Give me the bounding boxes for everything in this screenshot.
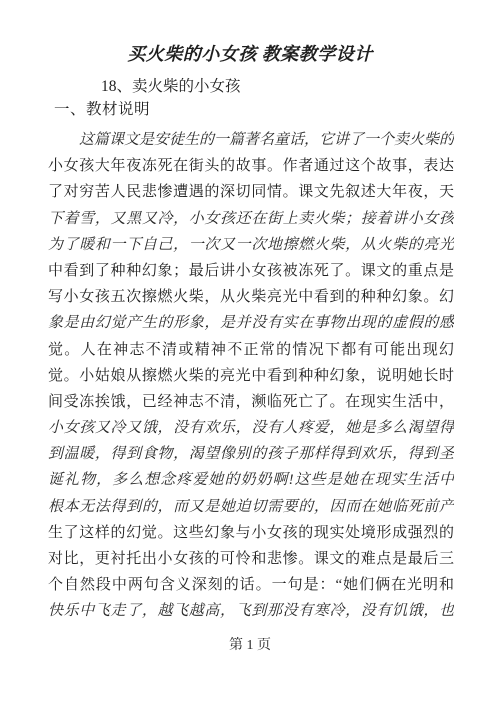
body-line: 写小女孩五次擦燃火柴，从火柴亮光中看到的种种幻象。幻 <box>48 284 454 310</box>
page-number: 第 1 页 <box>0 637 500 655</box>
document-page: 买火柴的小女孩 教案教学设计 18、卖火柴的小女孩 一、教材说明 这篇课文是安徒… <box>0 0 500 707</box>
body-line: 中看到了种种幻象；最后讲小女孩被冻死了。课文的重点是 <box>48 258 454 284</box>
body-line: 为了暖和一下自己，一次又一次地擦燃火柴，从火柴的亮光 <box>48 232 454 258</box>
body-line: 小女孩大年夜冻死在街头的故事。作者通过这个故事，表达 <box>48 153 454 179</box>
body-line: 间受冻挨饿，已经神志不清，濒临死亡了。在现实生活中， <box>48 389 454 415</box>
section-heading: 一、教材说明 <box>54 100 150 119</box>
body-line: 根本无法得到的，而又是她迫切需要的，因而在她临死前产 <box>48 494 454 520</box>
body-line: 个自然段中两句含义深刻的话。一句是：“她们俩在光明和 <box>48 572 454 598</box>
body-line: 这篇课文是安徒生的一篇著名童话，它讲了一个卖火柴的 <box>48 127 454 153</box>
body-line: 下着雪，又黑又冷，小女孩还在街上卖火柴；接着讲小女孩 <box>48 206 454 232</box>
body-line: 快乐中飞走了，越飞越高，飞到那没有寒冷，没有饥饿，也 <box>48 598 454 624</box>
body-line: 到温暖，得到食物，渴望像别的孩子那样得到欢乐，得到圣 <box>48 441 454 467</box>
lesson-heading: 18、卖火柴的小女孩 <box>101 77 241 97</box>
body-line: 生了这样的幻觉。这些幻象与小女孩的现实处境形成强烈的 <box>48 520 454 546</box>
body-line: 觉。人在神志不清或精神不正常的情况下都有可能出现幻 <box>48 337 454 363</box>
body-line: 诞礼物，多么想念疼爱她的奶奶啊!这些是她在现实生活中 <box>48 467 454 493</box>
body-line: 小女孩又冷又饿，没有欢乐，没有人疼爱，她是多么渴望得 <box>48 415 454 441</box>
body-line: 对比，更衬托出小女孩的可怜和悲惨。课文的难点是最后三 <box>48 546 454 572</box>
body-paragraph: 这篇课文是安徒生的一篇著名童话，它讲了一个卖火柴的小女孩大年夜冻死在街头的故事。… <box>48 127 454 625</box>
body-line: 了对穷苦人民悲惨遭遇的深切同情。课文先叙述大年夜，天 <box>48 179 454 205</box>
body-line: 觉。小姑娘从擦燃火柴的亮光中看到种种幻象，说明她长时 <box>48 363 454 389</box>
document-title: 买火柴的小女孩 教案教学设计 <box>0 42 500 66</box>
body-line: 象是由幻觉产生的形象，是并没有实在事物出现的虚假的感 <box>48 310 454 336</box>
